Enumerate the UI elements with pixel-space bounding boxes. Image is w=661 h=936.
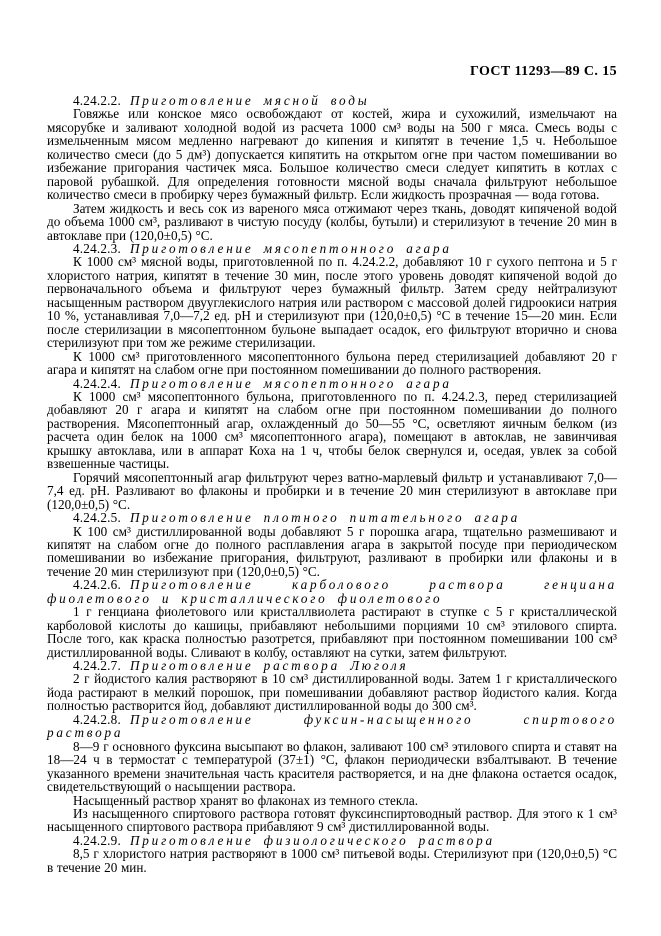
section-heading: 4.24.2.7.Приготовление раствора Люголя [47,659,617,672]
section-heading: 4.24.2.5.Приготовление плотного питатель… [47,511,617,524]
paragraph: 2 г йодистого калия растворяют в 10 см³ … [47,672,617,712]
section-heading: 4.24.2.8.Приготовление фуксин-насыщенног… [47,713,617,740]
paragraph: К 1000 см³ мясопептонного бульона, приго… [47,390,617,471]
document-content: 4.24.2.2.Приготовление мясной воды Говяж… [47,94,617,874]
paragraph: Затем жидкость и весь сок из вареного мя… [47,202,617,242]
section-title: Приготовление фуксин-насыщенного спиртов… [47,712,617,740]
paragraph: 8,5 г хлористого натрия растворяют в 100… [47,847,617,874]
document-page: ГОСТ 11293—89 С. 15 4.24.2.2.Приготовлен… [0,0,661,936]
paragraph: К 1000 см³ мясной воды, приготовленной п… [47,255,617,349]
paragraph: 1 г генциана фиолетового или кристаллвио… [47,605,617,659]
paragraph: Из насыщенного спиртового раствора готов… [47,807,617,834]
paragraph: Горячий мясопептонный агар фильтруют чер… [47,471,617,511]
paragraph: 8—9 г основного фуксина высыпают во флак… [47,740,617,794]
paragraph: К 1000 см³ приготовленного мясопептонног… [47,350,617,377]
section-title: Приготовление плотного питательного агар… [130,510,520,525]
section-number: 4.24.2.5. [73,510,121,525]
page-header: ГОСТ 11293—89 С. 15 [470,64,617,80]
section-title: Приготовление карболового раствора генци… [47,577,617,605]
section-heading: 4.24.2.4.Приготовление мясопептонного аг… [47,377,617,390]
section-heading: 4.24.2.6.Приготовление карболового раств… [47,578,617,605]
paragraph: Насыщенный раствор хранят во флаконах из… [47,794,617,807]
paragraph: Говяжье или конское мясо освобождают от … [47,107,617,201]
section-heading: 4.24.2.9.Приготовление физиологического … [47,834,617,847]
section-heading: 4.24.2.3.Приготовление мясопептонного аг… [47,242,617,255]
section-heading: 4.24.2.2.Приготовление мясной воды [47,94,617,107]
paragraph: К 100 см³ дистиллированной воды добавляю… [47,525,617,579]
